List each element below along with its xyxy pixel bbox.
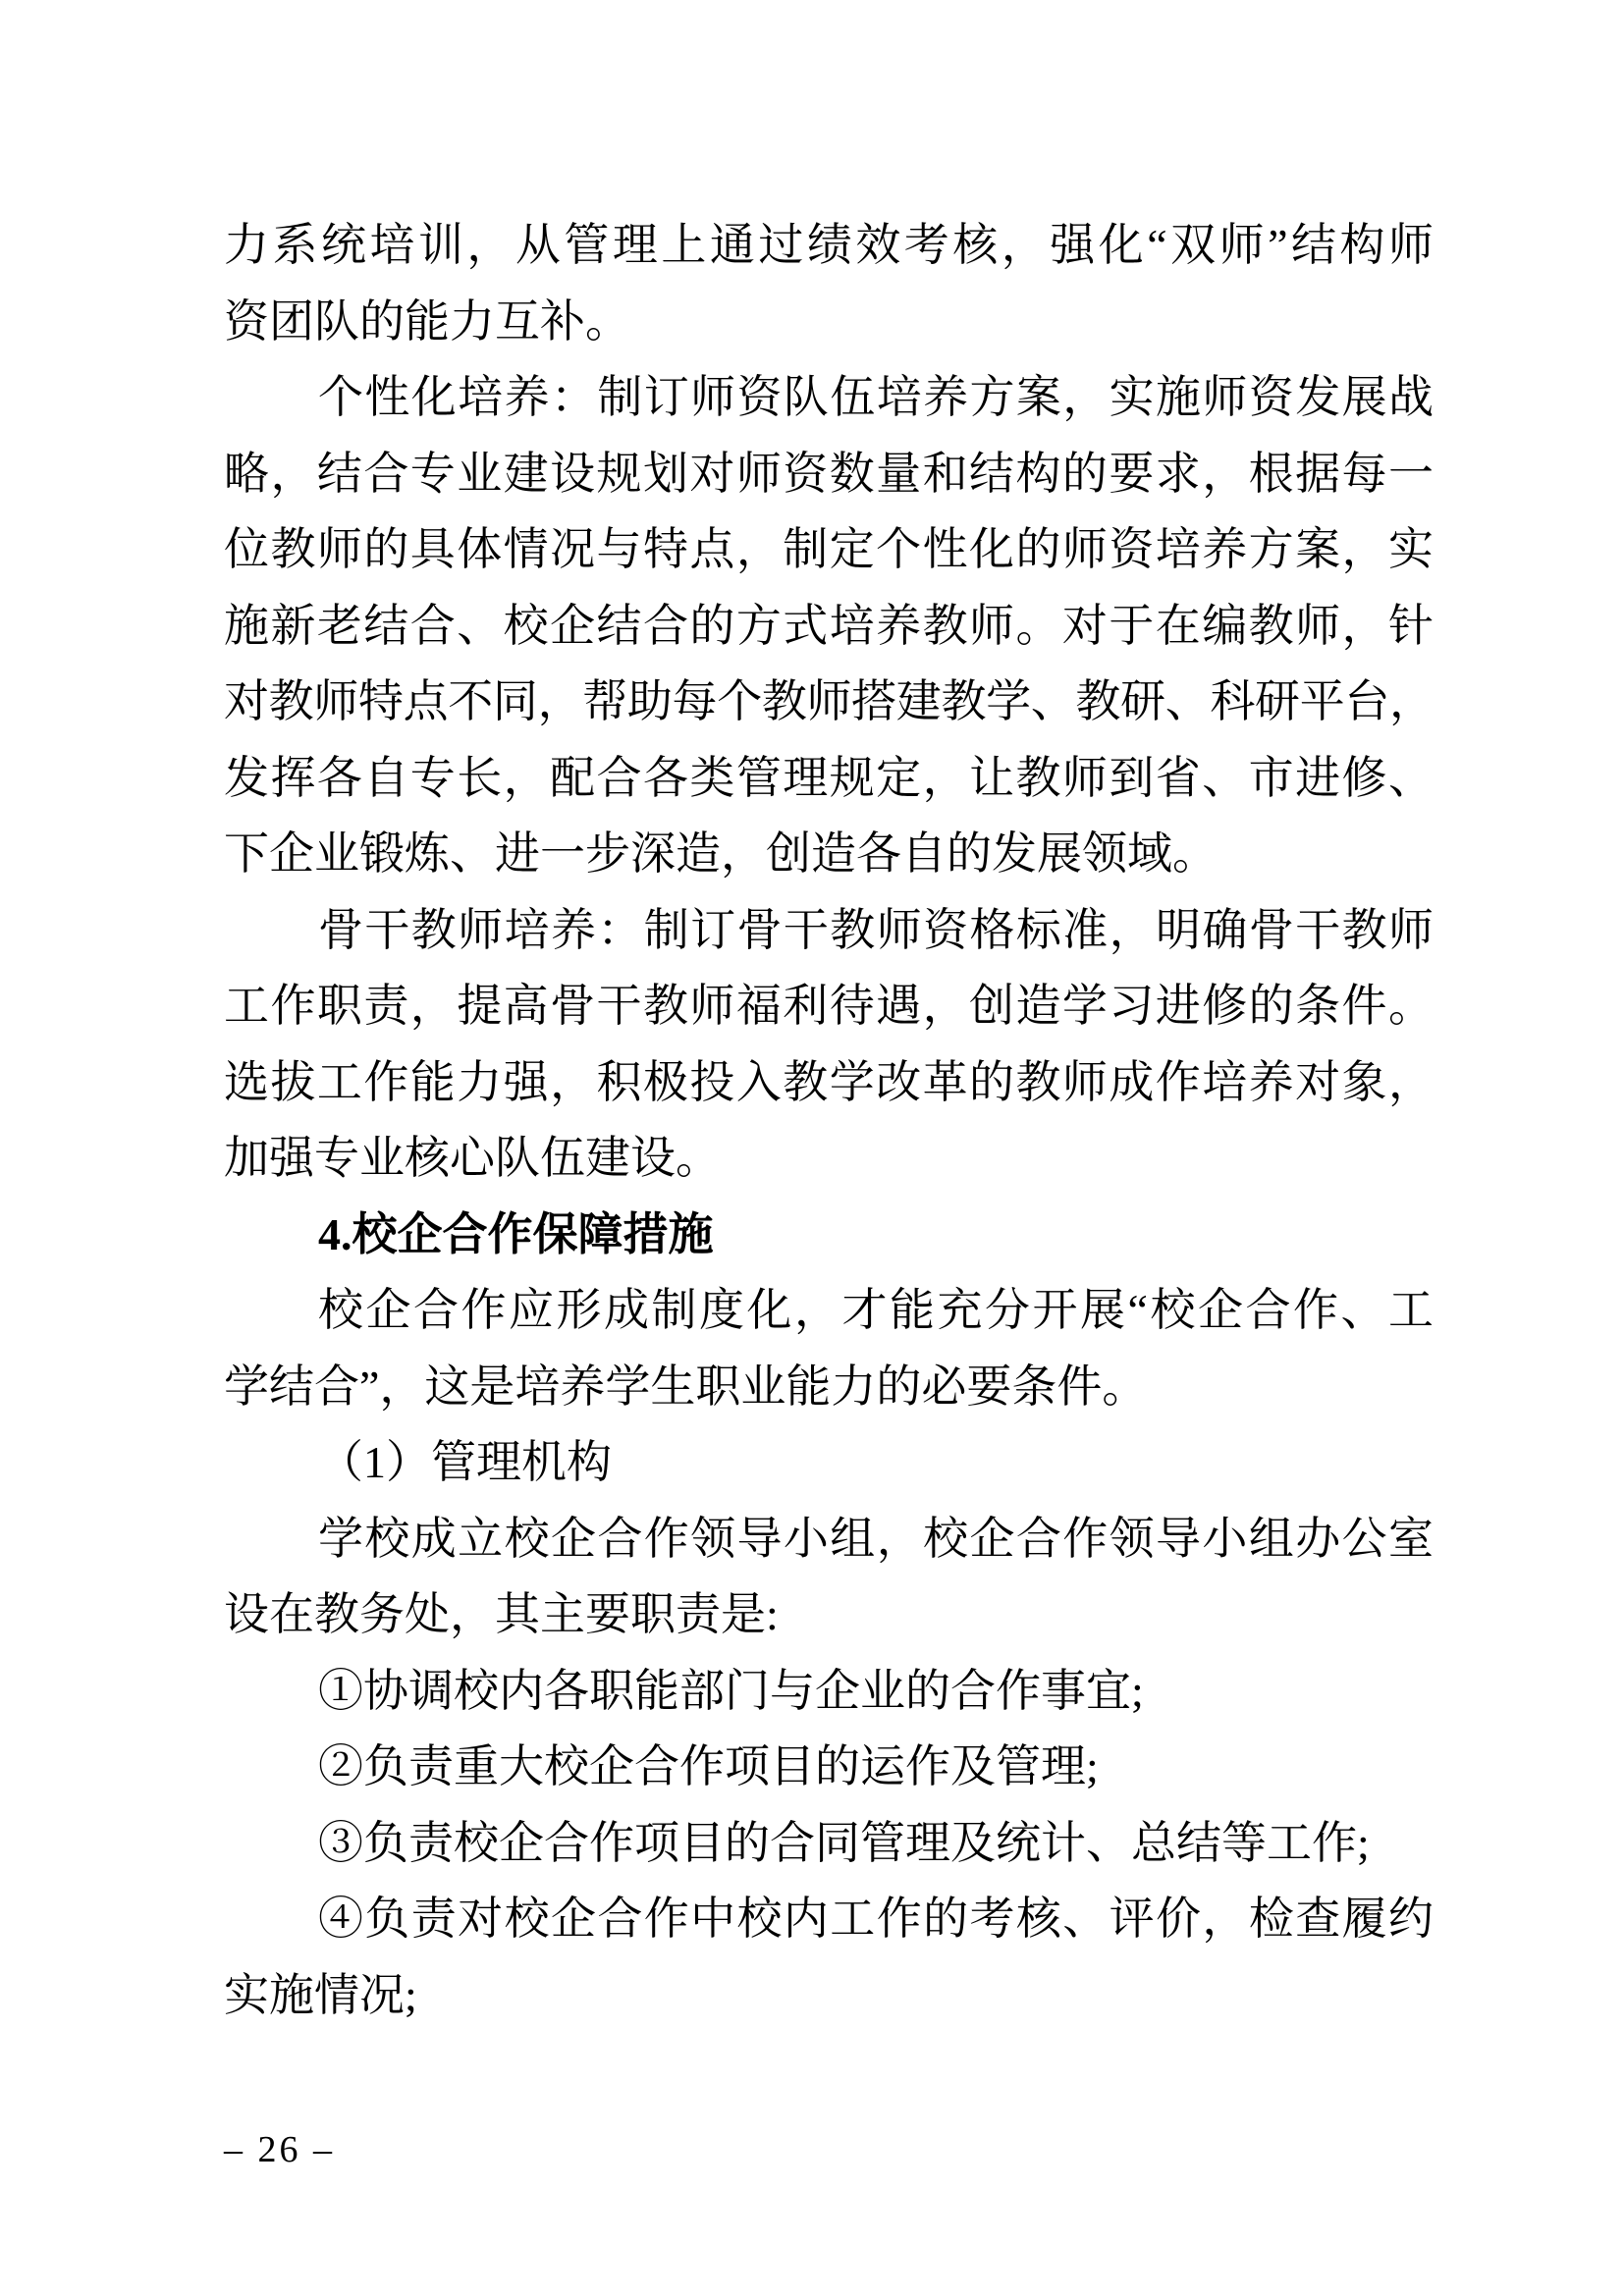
paragraph-line: 对教师特点不同，帮助每个教师搭建教学、教研、科研平台， [224,664,1434,740]
paragraph-line: 资团队的能力互补。 [224,284,1434,360]
document-page: 力系统培训，从管理上通过绩效考核，强化“双师”结构师资团队的能力互补。个性化培养… [0,0,1624,2296]
numbered-item-line: ④负责对校企合作中校内工作的考核、评价，检查履约 [224,1881,1434,1957]
paragraph-line: 设在教务处，其主要职责是: [224,1576,1434,1653]
sub-heading: （1）管理机构 [224,1424,1434,1501]
paragraph-line: 略，结合专业建设规划对师资数量和结构的要求，根据每一 [224,436,1434,512]
paragraph-line: 实施情况; [224,1957,1434,2034]
paragraph-line: 学结合”，这是培养学生职业能力的必要条件。 [224,1349,1434,1425]
document-body: 力系统培训，从管理上通过绩效考核，强化“双师”结构师资团队的能力互补。个性化培养… [224,207,1434,2033]
paragraph-line: 发挥各自专长，配合各类管理规定，让教师到省、市进修、 [224,740,1434,817]
paragraph-line: 工作职责，提高骨干教师福利待遇，创造学习进修的条件。 [224,968,1434,1044]
numbered-item-line: ①协调校内各职能部门与企业的合作事宜; [224,1653,1434,1730]
paragraph-line: 校企合作应形成制度化，才能充分开展“校企合作、工 [224,1272,1434,1349]
paragraph-line: 个性化培养：制订师资队伍培养方案，实施师资发展战 [224,359,1434,436]
paragraph-line: 力系统培训，从管理上通过绩效考核，强化“双师”结构师 [224,207,1434,284]
paragraph-line: 学校成立校企合作领导小组，校企合作领导小组办公室 [224,1501,1434,1577]
paragraph-line: 骨干教师培养：制订骨干教师资格标准，明确骨干教师 [224,892,1434,969]
paragraph-line: 下企业锻炼、进一步深造，创造各自的发展领域。 [224,816,1434,892]
page-number: – 26 – [224,2128,335,2171]
section-heading: 4.校企合作保障措施 [224,1197,1434,1273]
numbered-item-line: ②负责重大校企合作项目的运作及管理; [224,1729,1434,1805]
paragraph-line: 选拔工作能力强，积极投入教学改革的教师成作培养对象， [224,1044,1434,1121]
paragraph-line: 施新老结合、校企结合的方式培养教师。对于在编教师，针 [224,588,1434,665]
paragraph-line: 位教师的具体情况与特点，制定个性化的师资培养方案，实 [224,511,1434,588]
paragraph-line: 加强专业核心队伍建设。 [224,1120,1434,1197]
numbered-item-line: ③负责校企合作项目的合同管理及统计、总结等工作; [224,1805,1434,1882]
